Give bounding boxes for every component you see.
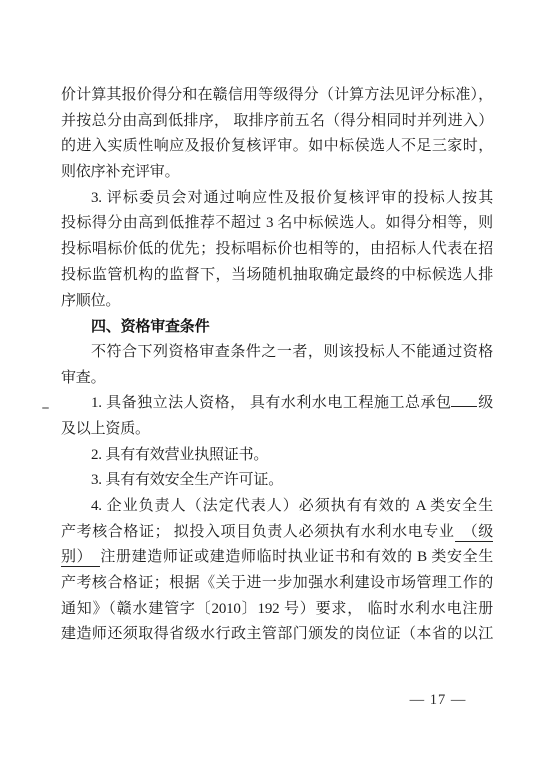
page-number: — 17 — bbox=[398, 692, 478, 709]
text-line: 产考核合格证； 拟投入项目负责人必须执有水利水电专业 （级 bbox=[61, 520, 493, 546]
text-segment: 3. 评标委员会对通过响应性及报价复核评审的投标人按其 bbox=[91, 190, 493, 206]
text-line: 投标监管机构的监督下，当场随机抽取确定最终的中标候选人排 bbox=[61, 263, 493, 289]
text-segment: 及以上资质。 bbox=[61, 421, 150, 437]
text-segment: 投标唱标价低的优先；投标唱标价也相等的，由招标人代表在招 bbox=[61, 241, 493, 257]
text-segment: 不符合下列资格审查条件之一者，则该投标人不能通过资格 bbox=[91, 344, 493, 360]
text-segment: 1. 具备独立法人资格， 具有水利水电工程施工总承包 bbox=[91, 395, 451, 411]
text-line: 投标唱标价低的优先；投标唱标价也相等的，由招标人代表在招 bbox=[61, 237, 493, 263]
text-segment: 注册建造师证或建造师临时执业证书和有效的 B 类安全生 bbox=[100, 549, 493, 565]
text-segment: 建造师还须取得省级水行政主管部门颁发的岗位证（本省的以江 bbox=[61, 626, 493, 642]
text-segment: 级 bbox=[477, 395, 493, 411]
section-heading-4: 四、资格审查条件 bbox=[61, 314, 493, 340]
blank-underline bbox=[451, 393, 477, 408]
text-segment: 2. 具有有效营业执照证书。 bbox=[91, 447, 268, 463]
text-segment: 通知》（赣水建管字〔2010〕192 号）要求， 临时水利水电注册 bbox=[61, 601, 493, 617]
text-line: 则依序补充评审。 bbox=[61, 160, 493, 186]
underlined-text: （级 bbox=[455, 524, 494, 542]
text-line: 投标得分由高到低推荐不超过 3 名中标候选人。如得分相等，则 bbox=[61, 211, 493, 237]
text-line: 并按总分由高到低排序， 取排序前五名（得分相同时并列进入） bbox=[61, 109, 493, 135]
text-segment: 价计算其报价得分和在赣信用等级得分（计算方法见评分标准）， bbox=[61, 87, 493, 103]
list-item-3b: 3. 具有有效安全生产许可证。 bbox=[61, 468, 493, 494]
text-line: 产考核合格证；根据《关于进一步加强水利建设市场管理工作的 bbox=[61, 571, 493, 597]
text-segment: 投标得分由高到低推荐不超过 3 名中标候选人。如得分相等，则 bbox=[61, 215, 493, 231]
text-segment: 3. 具有有效安全生产许可证。 bbox=[91, 472, 283, 488]
text-line: 价计算其报价得分和在赣信用等级得分（计算方法见评分标准）， bbox=[61, 83, 493, 109]
scanned-document-page: 价计算其报价得分和在赣信用等级得分（计算方法见评分标准），并按总分由高到低排序，… bbox=[0, 0, 552, 781]
text-segment: 则依序补充评审。 bbox=[61, 164, 179, 180]
list-item-1: 1. 具备独立法人资格， 具有水利水电工程施工总承包级 bbox=[61, 391, 493, 417]
list-item-4: 4. 企业负责人（法定代表人）必须执有有效的 A 类安全生 bbox=[61, 494, 493, 520]
text-line: 审查。 bbox=[61, 366, 493, 392]
underlined-text: 别） bbox=[61, 549, 100, 567]
text-block: 价计算其报价得分和在赣信用等级得分（计算方法见评分标准），并按总分由高到低排序，… bbox=[61, 83, 493, 648]
text-segment: 四、资格审查条件 bbox=[91, 318, 209, 335]
text-segment: 审查。 bbox=[61, 370, 105, 386]
text-segment: 序顺位。 bbox=[61, 293, 120, 309]
text-segment: 投标监管机构的监督下，当场随机抽取确定最终的中标候选人排 bbox=[61, 267, 493, 283]
text-line: 及以上资质。 bbox=[61, 417, 493, 443]
text-line: 通知》（赣水建管字〔2010〕192 号）要求， 临时水利水电注册 bbox=[61, 597, 493, 623]
text-segment: 4. 企业负责人（法定代表人）必须执有有效的 A 类安全生 bbox=[91, 498, 493, 514]
text-line: 别） 注册建造师证或建造师临时执业证书和有效的 B 类安全生 bbox=[61, 545, 493, 571]
scan-speck-artifact bbox=[42, 407, 49, 409]
text-line: 建造师还须取得省级水行政主管部门颁发的岗位证（本省的以江 bbox=[61, 622, 493, 648]
text-segment: 产考核合格证； 拟投入项目负责人必须执有水利水电专业 bbox=[61, 524, 455, 540]
text-line: 不符合下列资格审查条件之一者，则该投标人不能通过资格 bbox=[61, 340, 493, 366]
text-segment: 的进入实质性响应及报价复核评审。如中标侯选人不足三家时， bbox=[61, 138, 493, 154]
list-item-2: 2. 具有有效营业执照证书。 bbox=[61, 443, 493, 469]
text-segment: 并按总分由高到低排序， 取排序前五名（得分相同时并列进入） bbox=[61, 113, 493, 129]
text-line: 的进入实质性响应及报价复核评审。如中标侯选人不足三家时， bbox=[61, 134, 493, 160]
list-item-3: 3. 评标委员会对通过响应性及报价复核评审的投标人按其 bbox=[61, 186, 493, 212]
text-segment: 产考核合格证；根据《关于进一步加强水利建设市场管理工作的 bbox=[61, 575, 493, 591]
text-line: 序顺位。 bbox=[61, 289, 493, 315]
